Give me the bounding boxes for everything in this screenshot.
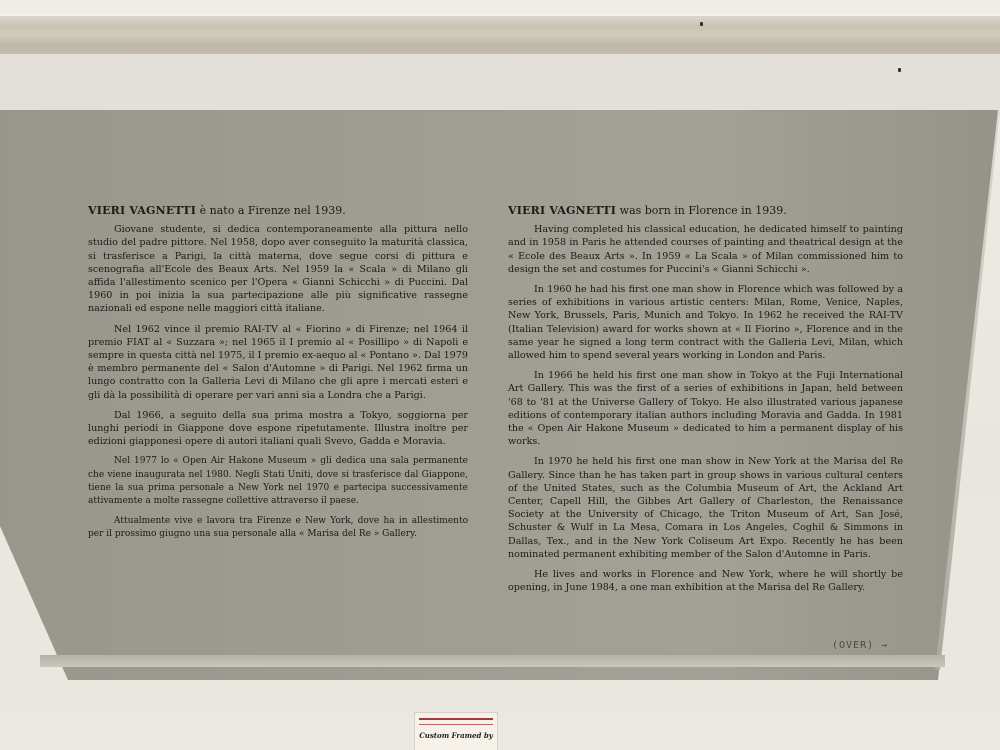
ornament-border-icon xyxy=(419,718,493,725)
italian-biography: VIERI VAGNETTI è nato a Firenze nel 1939… xyxy=(88,204,468,549)
handwritten-over-note: (OVER) → xyxy=(832,640,888,651)
heading-text: was born in Florence in 1939. xyxy=(616,204,787,217)
paragraph: Giovane studente, si dedica contemporane… xyxy=(88,223,468,315)
paragraph: Nel 1962 vince il premio RAI-TV al « Fio… xyxy=(88,323,468,402)
frame-top-edge xyxy=(0,14,1000,58)
paragraph: In 1970 he held his first one man show i… xyxy=(508,455,903,561)
english-biography: VIERI VAGNETTI was born in Florence in 1… xyxy=(508,204,903,601)
english-heading: VIERI VAGNETTI was born in Florence in 1… xyxy=(508,204,903,217)
paragraph: Having completed his classical education… xyxy=(508,223,903,276)
artist-name: VIERI VAGNETTI xyxy=(88,204,196,217)
italian-heading: VIERI VAGNETTI è nato a Firenze nel 1939… xyxy=(88,204,468,217)
dust-speck xyxy=(898,68,901,72)
mat-top xyxy=(0,54,1000,114)
dust-speck xyxy=(700,22,703,26)
paragraph: In 1966 he held his first one man show i… xyxy=(508,369,903,448)
glass-bottom-edge xyxy=(40,655,945,667)
framer-label: Custom Framed by xyxy=(414,712,498,750)
paragraph: Nel 1977 lo « Open Air Hakone Museum » g… xyxy=(88,455,468,508)
paragraph: Attualmente vive e lavora tra Firenze e … xyxy=(88,515,468,541)
framer-label-text: Custom Framed by xyxy=(415,731,497,740)
artist-name: VIERI VAGNETTI xyxy=(508,204,616,217)
paragraph: He lives and works in Florence and New Y… xyxy=(508,568,903,594)
paragraph: Dal 1966, a seguito della sua prima most… xyxy=(88,409,468,449)
heading-text: è nato a Firenze nel 1939. xyxy=(196,204,346,217)
paragraph: In 1960 he had his first one man show in… xyxy=(508,283,903,362)
